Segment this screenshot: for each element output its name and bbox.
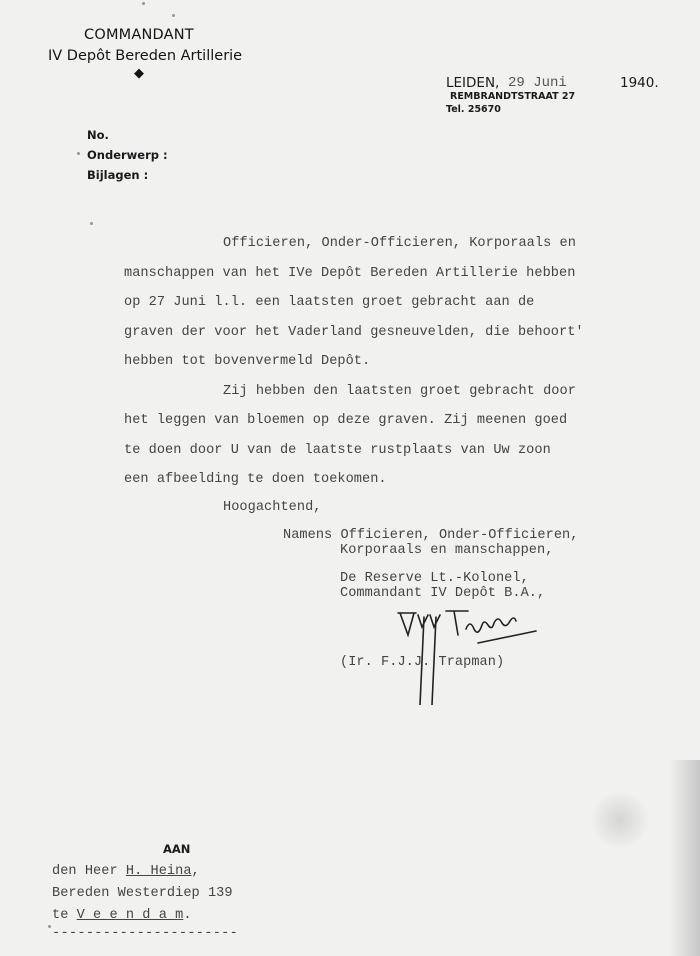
attachments-label: Bijlagen : — [87, 168, 148, 182]
on-behalf-line: Namens Officieren, Onder-Officieren, — [283, 528, 578, 543]
body-line: hebben tot bovenvermeld Depôt. — [124, 354, 370, 369]
letterhead-unit: IV Depôt Bereden Artillerie — [48, 48, 242, 64]
speck — [77, 152, 80, 155]
recipient-prefix: den Heer — [52, 864, 126, 879]
recipient-rule: ---------------------- — [52, 926, 238, 941]
number-label: No. — [87, 128, 109, 142]
body-line: een afbeelding te doen toekomen. — [124, 472, 387, 487]
letterhead-street: REMBRANDTSTRAAT 27 — [450, 91, 575, 102]
typed-signer-name: (Ir. F.J.J. Trapman) — [340, 655, 504, 670]
recipient-label: AAN — [163, 842, 190, 856]
body-line: Officieren, Onder-Officieren, Korporaals… — [223, 236, 576, 251]
recipient-suffix: , — [192, 864, 200, 879]
diamond-icon: ◆ — [134, 66, 144, 81]
recipient-name: H. Heina — [126, 864, 192, 879]
paper-stain — [590, 790, 650, 850]
letterhead-phone: Tel. 25670 — [446, 104, 501, 115]
recipient-line-name: den Heer H. Heina, — [52, 864, 200, 879]
body-line: graven der voor het Vaderland gesneuveld… — [124, 325, 584, 340]
city-prefix: te — [52, 908, 77, 923]
letter-page: COMMANDANT IV Depôt Bereden Artillerie ◆… — [0, 0, 700, 956]
speck — [90, 222, 93, 225]
body-line: het leggen van bloemen op deze graven. Z… — [124, 413, 567, 428]
body-line: Zij hebben den laatsten groet gebracht d… — [223, 384, 576, 399]
on-behalf-line: Korporaals en manschappen, — [340, 543, 553, 558]
body-line: te doen door U van de laatste rustplaats… — [124, 443, 551, 458]
speck — [172, 14, 175, 17]
recipient-line-city: te V e e n d a m. — [52, 908, 192, 923]
letterhead-title: COMMANDANT — [84, 27, 194, 43]
closing: Hoogachtend, — [223, 500, 322, 515]
dateline-date: 29 Juni — [508, 75, 567, 91]
speck — [142, 2, 145, 5]
recipient-address: Bereden Westerdiep 139 — [52, 886, 233, 901]
dateline-place: LEIDEN, — [446, 75, 499, 91]
dateline-year: 1940. — [620, 75, 659, 91]
city-suffix: . — [183, 908, 191, 923]
body-line: manschappen van het IVe Depôt Bereden Ar… — [124, 266, 575, 281]
rank-line: Commandant IV Depôt B.A., — [340, 586, 545, 601]
rank-line: De Reserve Lt.-Kolonel, — [340, 571, 529, 586]
scan-edge-shadow — [670, 760, 700, 956]
body-line: op 27 Juni l.l. een laatsten groet gebra… — [124, 295, 534, 310]
recipient-city: V e e n d a m — [77, 908, 184, 923]
speck — [48, 925, 51, 928]
subject-label: Onderwerp : — [87, 148, 168, 162]
